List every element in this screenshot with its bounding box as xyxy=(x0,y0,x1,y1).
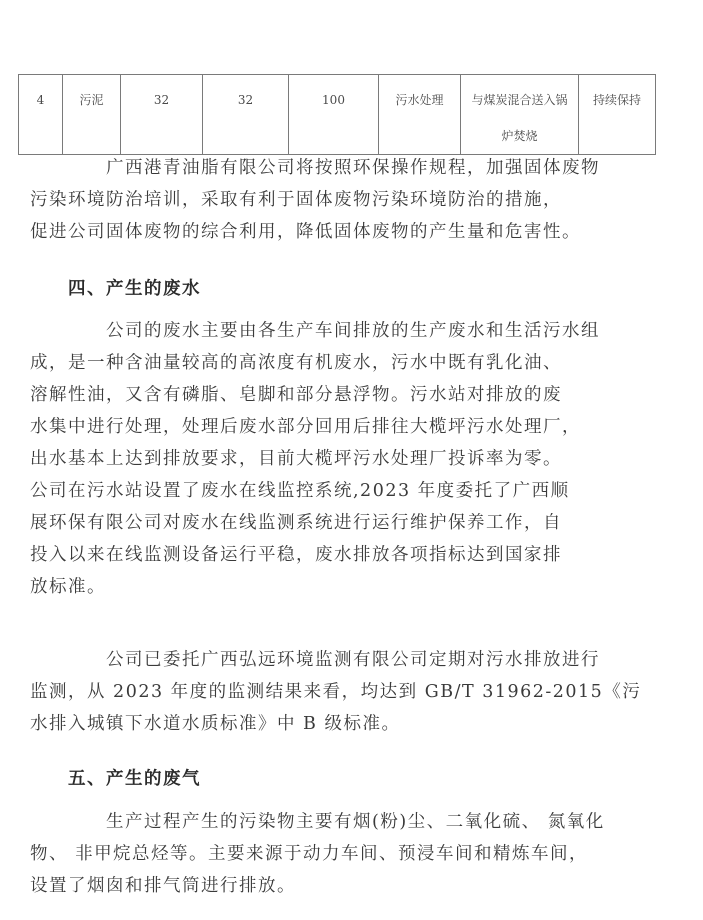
paragraph-wastewater-description: 公司的废水主要由各生产车间排放的生产废水和生活污水组 成，是一种含油量较高的高浓… xyxy=(68,315,643,603)
text-line: 展环保有限公司对废水在线监测系统进行运行维护保养工作，自 xyxy=(68,507,643,539)
text-line: 出水基本上达到排放要求，目前大榄坪污水处理厂投诉率为零。 xyxy=(68,443,643,475)
text-line: 公司已委托广西弘远环境监测有限公司定期对污水排放进行 xyxy=(68,644,643,676)
text-line: 设置了烟囱和排气筒进行排放。 xyxy=(68,870,643,902)
cell-source: 污水处理 xyxy=(379,75,461,155)
text-line: 物、 非甲烷总烃等。主要来源于动力车间、预浸车间和精炼车间， xyxy=(68,838,643,870)
cell-col5: 100 xyxy=(289,75,379,155)
text-line: 投入以来在线监测设备运行平稳，废水排放各项指标达到国家排 xyxy=(68,539,643,571)
cell-text: 炉焚烧 xyxy=(461,118,578,154)
cell-col3: 32 xyxy=(121,75,203,155)
cell-text: 100 xyxy=(322,93,345,107)
section-heading-wastewater: 四、产生的废水 xyxy=(68,273,643,305)
text-line: 污染环境防治培训，采取有利于固体废物污染环境防治的措施， xyxy=(68,184,643,216)
cell-text: 污泥 xyxy=(79,93,103,107)
paragraph-exhaust-gas-description: 生产过程产生的污染物主要有烟(粉)尘、二氧化硫、 氮氧化 物、 非甲烷总烃等。主… xyxy=(68,806,643,902)
cell-text: 持续保持 xyxy=(593,93,641,107)
cell-status: 持续保持 xyxy=(579,75,656,155)
text-line: 生产过程产生的污染物主要有烟(粉)尘、二氧化硫、 氮氧化 xyxy=(68,806,643,838)
text-line: 成，是一种含油量较高的高浓度有机废水，污水中既有乳化油、 xyxy=(68,347,643,379)
cell-disposal: 与煤炭混合送入锅 炉焚烧 xyxy=(461,75,579,155)
text-line: 广西港青油脂有限公司将按照环保操作规程，加强固体废物 xyxy=(68,152,643,184)
cell-name: 污泥 xyxy=(63,75,121,155)
paragraph-solid-waste-commitment: 广西港青油脂有限公司将按照环保操作规程，加强固体废物 污染环境防治培训，采取有利… xyxy=(68,152,643,248)
section-heading-exhaust-gas: 五、产生的废气 xyxy=(68,763,643,795)
text-line: 公司的废水主要由各生产车间排放的生产废水和生活污水组 xyxy=(68,315,643,347)
solid-waste-table: 4 污泥 32 32 100 污水处理 与煤炭混合送入锅 炉焚烧 持续保持 xyxy=(18,74,656,155)
text-line: 促进公司固体废物的综合利用，降低固体废物的产生量和危害性。 xyxy=(68,216,643,248)
cell-text: 污水处理 xyxy=(395,93,443,107)
text-line: 监测，从 2023 年度的监测结果来看，均达到 GB/T 31962-2015《… xyxy=(68,676,643,708)
cell-no: 4 xyxy=(19,75,63,155)
cell-text: 32 xyxy=(238,93,253,107)
table-row: 4 污泥 32 32 100 污水处理 与煤炭混合送入锅 炉焚烧 持续保持 xyxy=(19,75,656,155)
text-line: 放标准。 xyxy=(68,571,643,603)
text-line: 水排入城镇下水道水质标准》中 B 级标准。 xyxy=(68,708,643,740)
text-line: 公司在污水站设置了废水在线监控系统,2023 年度委托了广西顺 xyxy=(68,475,643,507)
text-line: 水集中进行处理，处理后废水部分回用后排往大榄坪污水处理厂， xyxy=(68,411,643,443)
cell-col4: 32 xyxy=(203,75,289,155)
paragraph-wastewater-monitoring: 公司已委托广西弘远环境监测有限公司定期对污水排放进行 监测，从 2023 年度的… xyxy=(68,644,643,740)
cell-text: 32 xyxy=(154,93,169,107)
cell-text: 与煤炭混合送入锅 xyxy=(461,82,578,118)
text-line: 溶解性油，又含有磷脂、皂脚和部分悬浮物。污水站对排放的废 xyxy=(68,379,643,411)
cell-text: 4 xyxy=(37,93,45,107)
